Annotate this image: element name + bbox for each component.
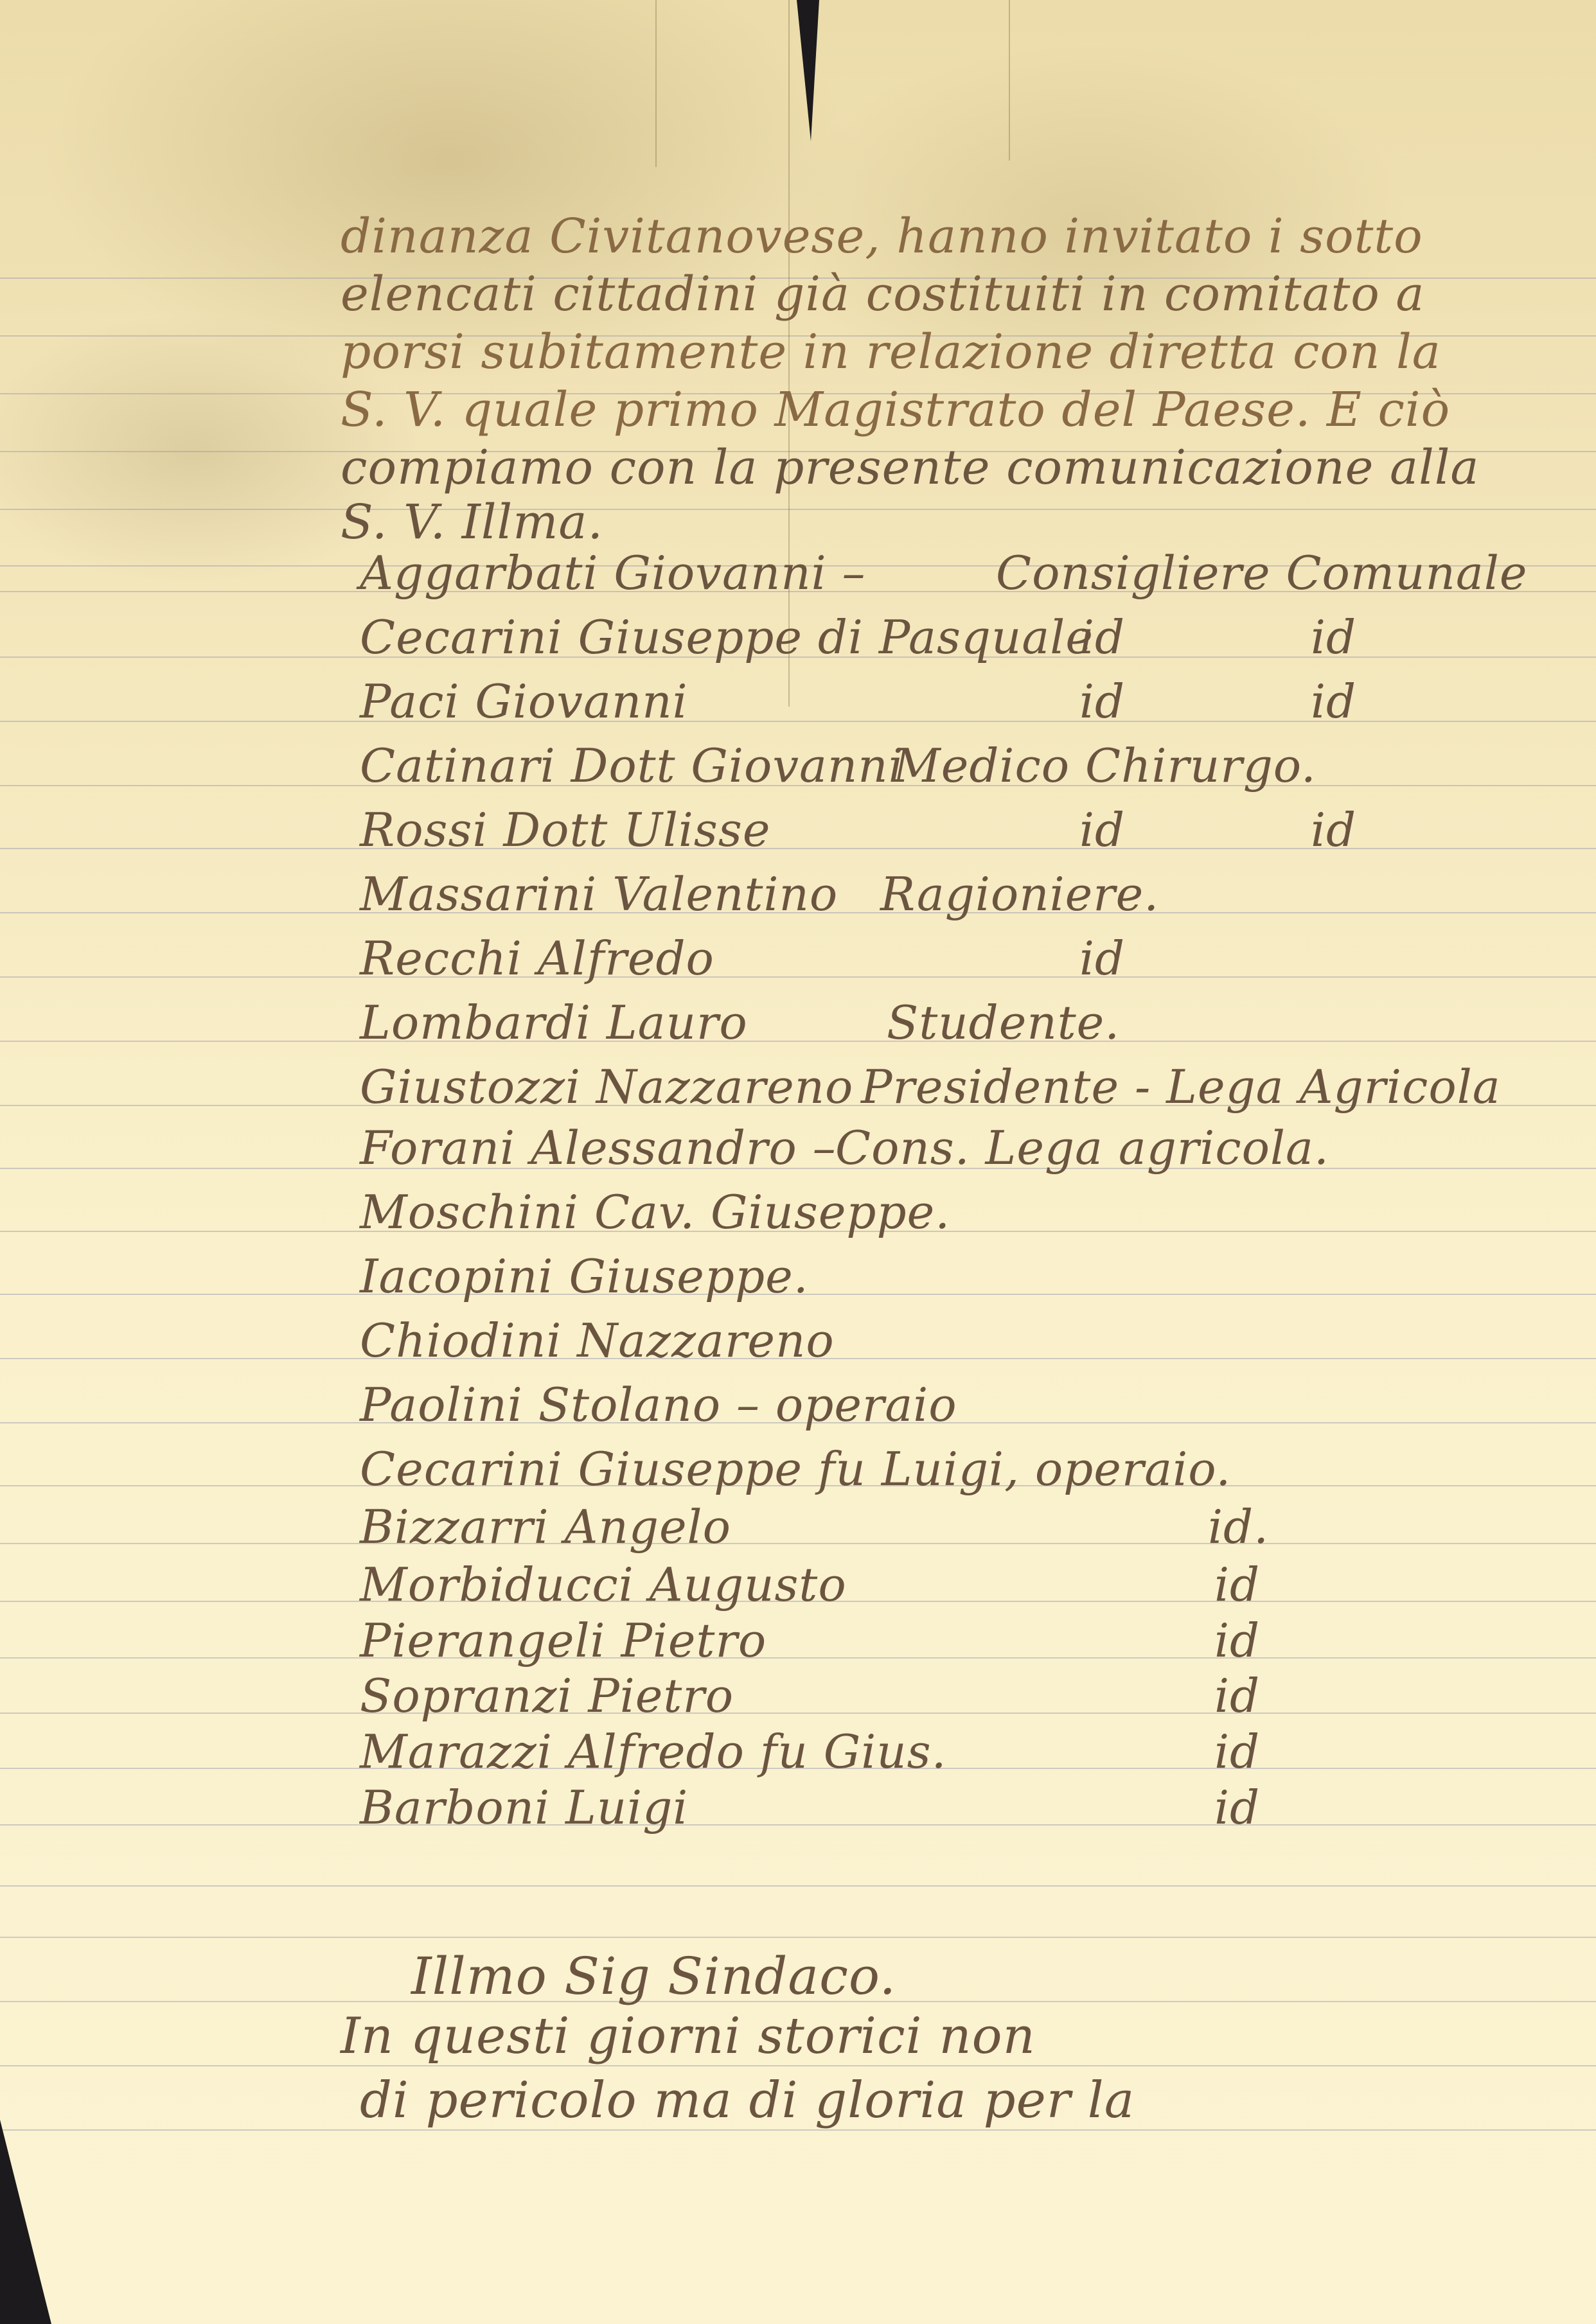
member-name: Morbiducci Augusto [360, 1558, 847, 1612]
ruled-line [0, 1712, 1596, 1714]
closing-line: In questi giorni storici non [341, 2007, 1036, 2065]
ruled-line [0, 509, 1596, 510]
member-name: Marazzi Alfredo fu Gius. [360, 1725, 946, 1779]
member-name: Forani Alessandro – [360, 1121, 837, 1175]
member-name: Iacopini Giuseppe. [360, 1249, 809, 1303]
member-name: Bizzarri Angelo [360, 1500, 731, 1554]
member-role: id [1214, 1725, 1260, 1779]
member-role: id [1079, 931, 1125, 985]
ruled-line [0, 1543, 1596, 1544]
intro-line: porsi subitamente in relazione diretta c… [341, 324, 1441, 380]
member-role: Consigliere Comunale [996, 546, 1527, 600]
member-name: Cecarini Giuseppe fu Luigi, operaio. [360, 1442, 1231, 1496]
intro-line: dinanza Civitanovese, hanno invitato i s… [341, 209, 1423, 264]
ruled-line [0, 1885, 1596, 1887]
member-role: id [1214, 1614, 1260, 1668]
member-role: Medico Chirurgo. [893, 739, 1317, 793]
fold-crease [655, 0, 657, 167]
closing-line: di pericolo ma di gloria per la [360, 2072, 1135, 2129]
member-role: id [1214, 1669, 1260, 1723]
member-role: id [1311, 674, 1356, 728]
member-name: Paolini Stolano – operaio [360, 1378, 957, 1432]
member-name: Barboni Luigi [360, 1781, 688, 1835]
member-name: Cecarini Giuseppe di Pasquale [360, 610, 1094, 664]
intro-line: compiamo con la presente comunicazione a… [341, 440, 1480, 495]
member-name: Pierangeli Pietro [360, 1614, 767, 1668]
member-name: Giustozzi Nazzareno [360, 1060, 853, 1114]
member-role: id [1311, 803, 1356, 857]
member-role: id [1214, 1558, 1260, 1612]
member-name: Rossi Dott Ulisse [360, 803, 770, 857]
member-name: Massarini Valentino [360, 867, 838, 921]
ruled-line [0, 2129, 1596, 2131]
ruled-line [0, 2065, 1596, 2066]
handwritten-page: dinanza Civitanovese, hanno invitato i s… [0, 0, 1596, 2324]
member-name: Recchi Alfredo [360, 931, 714, 985]
member-name: Chiodini Nazzareno [360, 1314, 835, 1368]
intro-line: elencati cittadini già costituiti in com… [341, 267, 1425, 322]
ruled-line [0, 1824, 1596, 1826]
member-role: id [1079, 674, 1125, 728]
member-name: Catinari Dott Giovanni [360, 739, 904, 793]
member-role: Presidente - Lega Agricola [861, 1060, 1501, 1114]
intro-line: S. V. Illma. [341, 495, 603, 550]
salutation: Illmo Sig Sindaco. [411, 1946, 896, 2006]
member-role: Studente. [887, 996, 1120, 1050]
ruled-line [0, 1657, 1596, 1659]
member-role: id [1079, 803, 1125, 857]
ruled-line [0, 848, 1596, 849]
member-name: Sopranzi Pietro [360, 1669, 734, 1723]
member-name: Lombardi Lauro [360, 996, 748, 1050]
ruled-line [0, 721, 1596, 722]
member-role: id [1079, 610, 1125, 664]
member-role: id [1214, 1781, 1260, 1835]
member-role: Cons. Lega agricola. [835, 1121, 1329, 1175]
ruled-line [0, 1937, 1596, 1938]
intro-line: S. V. quale primo Magistrato del Paese. … [341, 382, 1450, 437]
member-role: id. [1208, 1500, 1269, 1554]
ruled-line [0, 976, 1596, 978]
member-name: Moschini Cav. Giuseppe. [360, 1185, 950, 1239]
ruled-line [0, 1041, 1596, 1042]
member-role: id [1311, 610, 1356, 664]
member-role: Ragioniere. [880, 867, 1159, 921]
member-name: Paci Giovanni [360, 674, 688, 728]
fold-crease [1009, 0, 1010, 161]
member-name: Aggarbati Giovanni – [360, 546, 866, 600]
